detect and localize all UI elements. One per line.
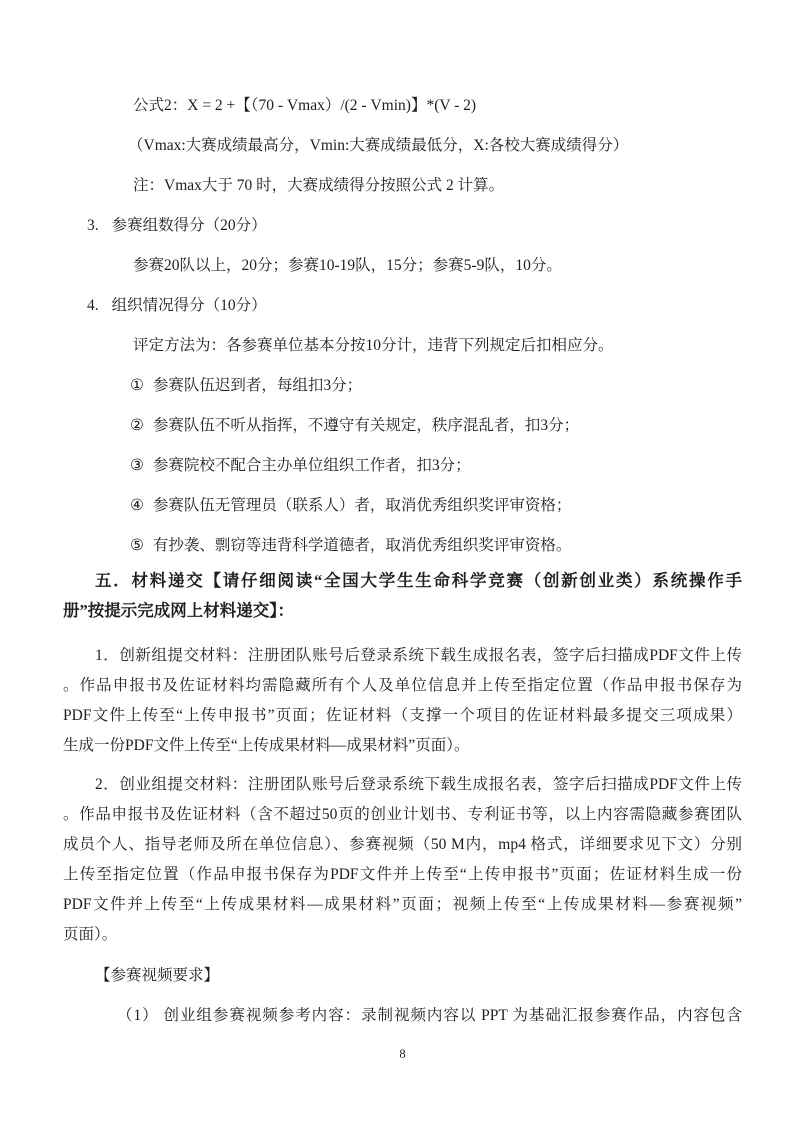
paragraph-line: 生成一份PDF文件上传至“上传成果材料—成果材料”页面）。 [63, 731, 742, 761]
paragraph-line: 成员个人、指导老师及所在单位信息）、参赛视频（50 M内，mp4 格式，详细要求… [63, 830, 742, 860]
paragraph-line: 页面）。 [63, 920, 742, 950]
rule-item-2: ②参赛队伍不听从指挥，不遵守有关规定，秩序混乱者，扣3分； [63, 406, 742, 446]
rule-item-4-text: 参赛队伍无管理员（联系人）者，取消优秀组织奖评审资格； [153, 497, 572, 514]
list-item-4-title: 组织情况得分（10分） [112, 297, 267, 314]
materials-section: 五．材料递交【请仔细阅读“全国大学生生命科学竞赛（创新创业类）系统操作手 册”按… [63, 566, 742, 1036]
paragraph-line: PDF文件上传至“上传申报书”页面；佐证材料（支撑一个项目的佐证材料最多提交三项… [63, 701, 742, 731]
formula-2-legend: （Vmax:大赛成绩最高分，Vmin:大赛成绩最低分，X:各校大赛成绩得分） [63, 126, 742, 166]
rule-item-3: ③参赛院校不配合主办单位组织工作者，扣3分； [63, 446, 742, 486]
formula-2-note: 注：Vmax大于 70 时，大赛成绩得分按照公式 2 计算。 [63, 166, 742, 206]
list-item-3: 3.参赛组数得分（20分） [63, 206, 742, 246]
list-item-3-body: 参赛20队以上，20分；参赛10-19队，15分；参赛5-9队，10分。 [63, 246, 742, 286]
paragraph-line: 。作品申报书及佐证材料（含不超过50页的创业计划书、专利证书等，以上内容需隐藏参… [63, 800, 742, 830]
rule-item-5: ⑤有抄袭、剽窃等违背科学道德者，取消优秀组织奖评审资格。 [63, 526, 742, 566]
video-requirements-heading: 【参赛视频要求】 [63, 956, 742, 996]
list-item-4-number: 4. [87, 297, 99, 314]
list-item-3-title: 参赛组数得分（20分） [112, 217, 267, 234]
circled-4-marker: ④ [130, 497, 144, 514]
paragraph-line: 上传至指定位置（作品申报书保存为PDF文件并上传至“上传申报书”页面；佐证材料生… [63, 860, 742, 890]
rule-item-1: ①参赛队伍迟到者，每组扣3分； [63, 366, 742, 406]
section-5-heading-line-1: 五．材料递交【请仔细阅读“全国大学生生命科学竞赛（创新创业类）系统操作手 [63, 566, 742, 596]
list-item-3-number: 3. [87, 217, 99, 234]
formula-2-line: 公式2：X = 2 +【（70 - Vmax）/(2 - Vmin)】*(V -… [63, 86, 742, 126]
paragraph-line: 。作品申报书及佐证材料均需隐藏所有个人及单位信息并上传至指定位置（作品申报书保存… [63, 671, 742, 701]
innovation-group-paragraph: 1．创新组提交材料：注册团队账号后登录系统下载生成报名表，签字后扫描成PDF文件… [63, 641, 742, 761]
paragraph-line: PDF文件并上传至“上传成果材料—成果材料”页面；视频上传至“上传成果材料—参赛… [63, 890, 742, 920]
entrepreneurship-group-paragraph: 2．创业组提交材料：注册团队账号后登录系统下载生成报名表，签字后扫描成PDF文件… [63, 770, 742, 950]
rule-item-1-text: 参赛队伍迟到者，每组扣3分； [153, 377, 362, 394]
document-page: 公式2：X = 2 +【（70 - Vmax）/(2 - Vmin)】*(V -… [0, 0, 800, 1131]
paragraph-line: 1．创新组提交材料：注册团队账号后登录系统下载生成报名表，签字后扫描成PDF文件… [63, 641, 742, 671]
page-number: 8 [63, 1046, 742, 1062]
list-item-4: 4.组织情况得分（10分） [63, 286, 742, 326]
scoring-section: 公式2：X = 2 +【（70 - Vmax）/(2 - Vmin)】*(V -… [63, 86, 742, 566]
circled-3-marker: ③ [130, 457, 144, 474]
section-5-heading-line-2: 册”按提示完成网上材料递交】： [63, 596, 742, 626]
circled-5-marker: ⑤ [130, 537, 144, 554]
paragraph-line: 2．创业组提交材料：注册团队账号后登录系统下载生成报名表，签字后扫描成PDF文件… [63, 770, 742, 800]
rule-item-3-text: 参赛院校不配合主办单位组织工作者，扣3分； [153, 457, 471, 474]
video-requirement-item-1: （1） 创业组参赛视频参考内容：录制视频内容以 PPT 为基础汇报参赛作品，内容… [63, 996, 742, 1036]
circled-1-marker: ① [130, 377, 144, 394]
rule-item-5-text: 有抄袭、剽窃等违背科学道德者，取消优秀组织奖评审资格。 [153, 537, 572, 554]
rule-item-4: ④参赛队伍无管理员（联系人）者，取消优秀组织奖评审资格； [63, 486, 742, 526]
rule-item-2-text: 参赛队伍不听从指挥，不遵守有关规定，秩序混乱者，扣3分； [153, 417, 579, 434]
list-item-4-body: 评定方法为：各参赛单位基本分按10分计，违背下列规定后扣相应分。 [63, 326, 742, 366]
circled-2-marker: ② [130, 417, 144, 434]
